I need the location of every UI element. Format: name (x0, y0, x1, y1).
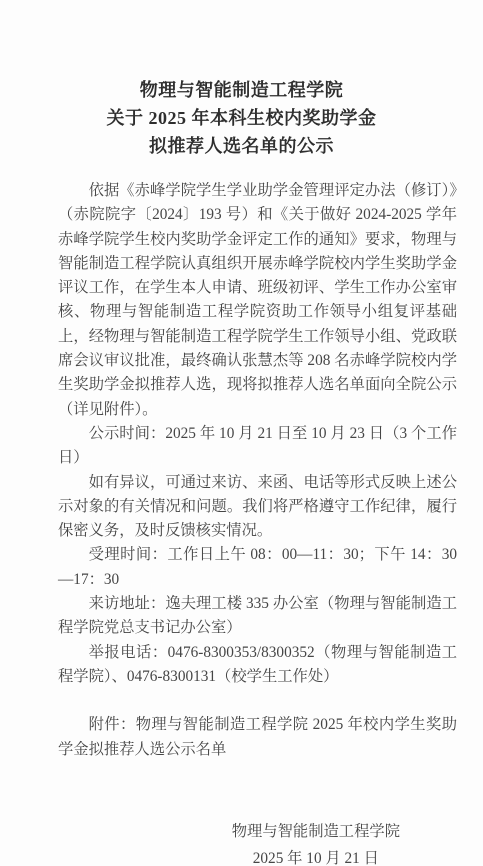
paragraph-objection-channels: 如有异议，可通过来访、来函、电话等形式反映上述公示对象的有关情况和问题。我们将严… (58, 471, 457, 544)
title-line-2: 关于 2025 年本科生校内奖助学金 (0, 104, 483, 132)
title-line-1: 物理与智能制造工程学院 (0, 76, 483, 104)
title-line-3: 拟推荐人选名单的公示 (0, 132, 483, 160)
paragraph-publicity-period: 公示时间：2025 年 10 月 21 日至 10 月 23 日（3 个工作日） (58, 422, 457, 471)
paragraph-attachment: 附件：物理与智能制造工程学院 2025 年校内学生奖助学金拟推荐人选公示名单 (58, 713, 457, 762)
paragraph-report-phone: 举报电话：0476-8300353/8300352（物理与智能制造工程学院）、0… (58, 641, 457, 690)
signature-org: 物理与智能制造工程学院 (232, 818, 400, 845)
signature-block: 物理与智能制造工程学院 2025 年 10 月 21 日 (232, 818, 400, 866)
signature-date: 2025 年 10 月 21 日 (232, 845, 400, 866)
paragraph-acceptance-time: 受理时间：工作日上午 08：00—11：30；下午 14：30—17：30 (58, 543, 457, 592)
paragraph-visit-address: 来访地址：逸夫理工楼 335 办公室（物理与智能制造工程学院党总支书记办公室） (58, 592, 457, 641)
document-title: 物理与智能制造工程学院 关于 2025 年本科生校内奖助学金 拟推荐人选名单的公… (0, 0, 483, 160)
notice-document: 物理与智能制造工程学院 关于 2025 年本科生校内奖助学金 拟推荐人选名单的公… (0, 0, 483, 866)
document-body: 依据《赤峰学院学生学业助学金管理评定办法（修订）》（赤院院字〔2024〕193 … (58, 179, 457, 762)
paragraph-basis: 依据《赤峰学院学生学业助学金管理评定办法（修订）》（赤院院字〔2024〕193 … (58, 179, 457, 422)
